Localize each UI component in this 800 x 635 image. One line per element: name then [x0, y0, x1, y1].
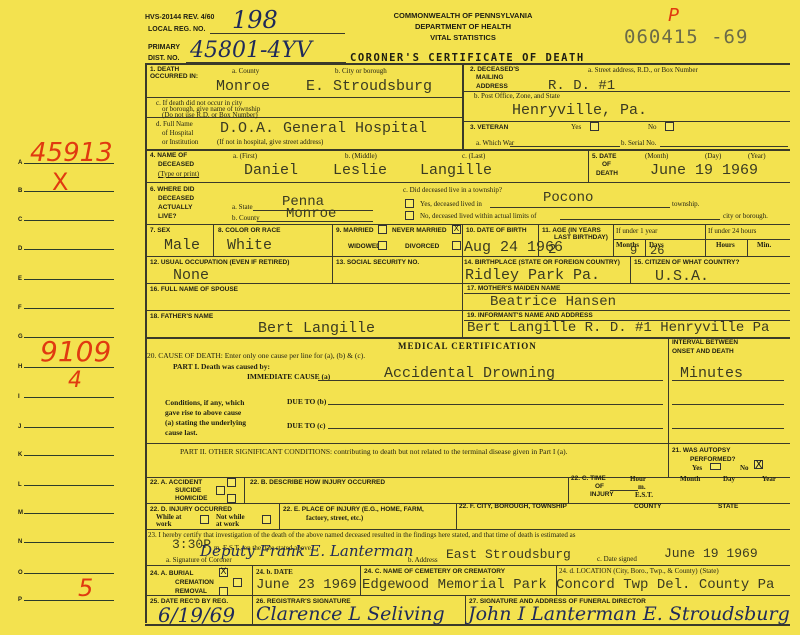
dist-value: 45801-4YV — [190, 38, 312, 63]
middle-name-label: b. (Middle) — [345, 152, 377, 160]
city-label: b. City or borough — [335, 67, 387, 75]
father-label: 18. FATHER'S NAME — [150, 313, 213, 320]
part-1-label: PART I. Death was caused by: — [173, 362, 270, 371]
veteran-no-label: No — [648, 123, 657, 131]
interval-b-line[interactable] — [672, 404, 784, 405]
residence-label-3: ACTUALLY — [158, 204, 192, 211]
never-married-checkbox[interactable]: X — [452, 225, 461, 234]
hours-label: Hours — [716, 241, 735, 249]
margin-letter-i: I — [18, 394, 20, 400]
dod-label-3: DEATH — [596, 170, 618, 177]
margin-letter-j: J — [18, 424, 21, 430]
hospital-note: (If not in hospital, give street address… — [217, 138, 323, 146]
days-value[interactable]: 26 — [650, 244, 664, 258]
not-while-at-work-label: Not while at work — [216, 514, 250, 528]
township-no-checkbox[interactable] — [405, 211, 414, 220]
injury-hour-label: Hour — [630, 475, 646, 483]
margin-letter-e: E — [18, 276, 22, 282]
medical-title: MEDICAL CERTIFICATION — [398, 341, 537, 351]
while-at-work-checkbox[interactable] — [200, 515, 209, 524]
field-2-label-2: MAILING — [476, 74, 503, 81]
residence-county-label: b. County — [232, 214, 260, 222]
not-while-at-work-checkbox[interactable] — [262, 515, 271, 524]
dod-day-label: (Day) — [705, 152, 721, 160]
under-24-label: If under 24 hours — [708, 227, 756, 235]
ssn-label: 13. SOCIAL SECURITY NO. — [336, 259, 419, 266]
margin-letter-c: C — [18, 217, 22, 223]
coroner-signature: Deputy Frank E. Lanterman — [200, 542, 413, 560]
margin-line-o — [24, 573, 114, 574]
conditions-label-1: Conditions, if any, which — [165, 398, 244, 407]
accident-label: 22. a. ACCIDENT — [150, 479, 202, 486]
due-to-b-line[interactable] — [328, 404, 663, 405]
occupation-label: 12. USUAL OCCUPATION (even if retired) — [150, 259, 289, 266]
informant-value[interactable]: Bert Langille R. D. #1 Henryville Pa — [467, 320, 769, 336]
margin-line-c — [24, 220, 114, 221]
margin-line-b — [24, 191, 114, 192]
injury-month-label: Month — [680, 475, 700, 483]
which-war-line[interactable] — [510, 146, 620, 147]
first-name-label: a. (First) — [233, 152, 257, 160]
post-office-label: b. Post Office, Zone, and State — [474, 92, 560, 100]
city-borough-suffix: city or borough. — [723, 212, 768, 220]
margin-line-d — [24, 249, 114, 250]
margin-line-m — [24, 513, 114, 514]
agency-line-1: COMMONWEALTH OF PENNSYLVANIA — [388, 12, 538, 21]
informant-label: 19. INFORMANT'S NAME AND ADDRESS — [467, 312, 593, 319]
residence-state-label: a. State — [232, 203, 253, 211]
cremation-label: CREMATION — [175, 579, 214, 586]
age-value[interactable]: 2 — [548, 242, 556, 258]
serial-label: b. Serial No. — [621, 139, 656, 147]
injury-m-label: m. — [638, 483, 646, 491]
funeral-director-signature: John I Lanterman E. Stroudsburg — [468, 603, 790, 625]
margin-letter-p: P — [18, 597, 22, 603]
field-2-label-1: 2. DECEASED'S — [470, 66, 519, 73]
spouse-label: 16. FULL NAME OF SPOUSE — [150, 286, 238, 293]
dist-label: DIST. NO. — [148, 55, 180, 63]
cemetery-state-label: (State) — [700, 567, 719, 575]
burial-label: 24. a. BURIAL — [150, 570, 193, 577]
post-office-value[interactable]: Henryville, Pa. — [512, 102, 647, 119]
cemetery-value[interactable]: Edgewood Memorial Park — [362, 577, 547, 593]
dod-month-label: (Month) — [645, 152, 668, 160]
autopsy-label-1: 21. WAS AUTOPSY — [672, 447, 731, 454]
margin-note-p: 5 — [78, 574, 93, 602]
race-label: 8. COLOR OR RACE — [218, 227, 280, 234]
township-yes-label: Yes, deceased lived in — [420, 200, 482, 208]
certificate-number: 060415 -69 — [624, 26, 748, 48]
under-year-label: If under 1 year — [616, 227, 657, 235]
suicide-checkbox[interactable] — [216, 486, 225, 495]
never-married-label: NEVER MARRIED — [392, 227, 447, 234]
margin-letter-k: K — [18, 452, 22, 458]
hospital-label-2: of Hospital — [162, 129, 193, 137]
margin-line-f — [24, 308, 114, 309]
divorced-checkbox[interactable] — [452, 241, 461, 250]
certificate-mark: P — [668, 5, 679, 26]
margin-note-i: 4 — [68, 368, 82, 393]
birthplace-value[interactable]: Ridley Park Pa. — [465, 267, 600, 284]
veteran-label: 3. VETERAN — [470, 124, 508, 131]
first-name-value[interactable]: Daniel — [244, 162, 298, 179]
place-of-injury-label-1: 22. e. PLACE OF INJURY (e.g., home, farm… — [283, 506, 424, 513]
divorced-label: DIVORCED — [405, 243, 439, 250]
death-city-value[interactable]: E. Stroudsburg — [306, 78, 432, 95]
due-to-c-line[interactable] — [328, 428, 663, 429]
margin-letter-a: A — [18, 160, 22, 166]
injury-state-label: STATE — [718, 503, 738, 510]
conditions-label-4: cause last. — [165, 428, 198, 437]
primary-label: PRIMARY — [148, 44, 180, 52]
death-county-value[interactable]: Monroe — [216, 78, 270, 95]
registrar-signature: Clarence L Seliving — [256, 603, 445, 625]
certify-statement: 23. I hereby certify that investigation … — [148, 531, 575, 539]
disposition-date-value[interactable]: June 23 1969 — [256, 577, 357, 593]
interval-label-1: INTERVAL BETWEEN — [672, 339, 738, 346]
margin-line-n — [24, 542, 114, 543]
time-of-injury-label-2: OF — [595, 483, 604, 490]
margin-note-h: 9109 — [40, 335, 111, 368]
race-value[interactable]: White — [227, 237, 272, 254]
name-label-1: 4. NAME OF — [150, 152, 187, 159]
injury-description-label: 22. b. DESCRIBE HOW INJURY OCCURRED — [250, 479, 385, 486]
injury-year-label: Year — [762, 475, 776, 483]
margin-line-e — [24, 279, 114, 280]
autopsy-yes-label: Yes — [692, 464, 702, 472]
dod-label-2: OF — [602, 161, 611, 168]
date-signed-value[interactable]: June 19 1969 — [664, 546, 758, 561]
while-at-work-label: While at work — [156, 514, 186, 528]
conditions-label-2: gave rise to above cause — [165, 408, 241, 417]
time-of-injury-label-1: 22. c. TIME — [571, 475, 606, 482]
cause-label: 20. CAUSE OF DEATH: Enter only one cause… — [147, 351, 365, 360]
margin-line-p — [24, 600, 114, 601]
margin-letter-n: N — [18, 539, 22, 545]
margin-line-j — [24, 427, 114, 428]
field-1-label: 1. DEATH OCCURRED IN: — [150, 66, 205, 81]
citizenship-label: 15. CITIZEN OF WHAT COUNTRY? — [634, 259, 739, 266]
dob-label: 10. DATE OF BIRTH — [466, 227, 527, 234]
injury-hour-line[interactable] — [610, 490, 638, 491]
conditions-label-3: (a) stating the underlying — [165, 418, 246, 427]
injury-est-label: E.S.T. — [635, 491, 653, 499]
margin-letter-l: L — [18, 482, 22, 488]
date-received-value: 6/19/69 — [158, 603, 235, 627]
cemetery-location-value[interactable]: Concord Twp Del. County Pa — [556, 577, 774, 593]
margin-letter-f: F — [18, 305, 22, 311]
last-name-label: c. (Last) — [462, 152, 485, 160]
serial-line[interactable] — [660, 146, 788, 147]
margin-letter-h: H — [18, 364, 22, 370]
mother-value[interactable]: Beatrice Hansen — [490, 294, 616, 310]
margin-note-b: X — [52, 168, 68, 196]
due-to-c-label: DUE TO (c) — [287, 421, 325, 430]
township-yes-checkbox[interactable] — [405, 199, 414, 208]
margin-line-l — [24, 485, 114, 486]
veteran-yes-checkbox[interactable] — [590, 122, 599, 131]
removal-label: REMOVAL — [175, 588, 207, 595]
veteran-no-checkbox[interactable] — [665, 122, 674, 131]
cemetery-location-label: 24. d. LOCATION (City, Boro., Twp., & Co… — [559, 567, 698, 575]
cemetery-label: 24. c. NAME OF CEMETERY OR CREMATORY — [364, 568, 505, 575]
margin-note-a: 45913 — [30, 138, 113, 168]
mother-label: 17. MOTHER'S MAIDEN NAME — [467, 285, 560, 292]
dod-label-1: 5. DATE — [592, 153, 616, 160]
immediate-cause-value[interactable]: Accidental Drowning — [384, 365, 555, 382]
homicide-checkbox[interactable] — [227, 494, 236, 503]
residence-county-value[interactable]: Monroe — [286, 206, 336, 222]
residence-label-2: DECEASED — [158, 195, 194, 202]
birthplace-label: 14. BIRTHPLACE (State or foreign country… — [464, 259, 620, 266]
interval-c-line[interactable] — [672, 428, 784, 429]
widowed-label: WIDOWED — [348, 243, 381, 250]
burial-checkbox[interactable]: X — [219, 568, 228, 577]
due-to-b-label: DUE TO (b) — [287, 397, 326, 406]
township-question: c. Did deceased live in a township? — [403, 186, 502, 194]
date-signed-label: c. Date signed — [597, 555, 637, 563]
place-of-injury-label-2: factory, street, etc.) — [306, 514, 363, 522]
autopsy-no-checkbox[interactable]: X — [754, 460, 763, 469]
married-checkbox[interactable] — [378, 225, 387, 234]
veteran-yes-label: Yes — [571, 123, 581, 131]
township-label-3: (Do not use R.D. or Box Number) — [162, 111, 258, 119]
street-label: a. Street address, R.D., or Box Number — [588, 66, 698, 74]
injury-day-label: Day — [723, 475, 735, 483]
form-number: HVS-20144 REV. 4/60 — [145, 14, 214, 22]
margin-letter-d: D — [18, 246, 22, 252]
last-name-value[interactable]: Langille — [420, 162, 492, 179]
township-suffix: township. — [672, 200, 699, 208]
margin-letter-g: G — [18, 334, 23, 340]
autopsy-no-label: No — [740, 464, 749, 472]
sex-value[interactable]: Male — [164, 237, 200, 254]
injury-county-label: COUNTY — [634, 503, 661, 510]
autopsy-yes-checkbox[interactable] — [710, 463, 721, 470]
dod-value[interactable]: June 19 1969 — [650, 162, 758, 179]
dod-year-label: (Year) — [748, 152, 766, 160]
cremation-checkbox[interactable] — [233, 578, 242, 587]
margin-letter-b: B — [18, 188, 22, 194]
margin-line-i — [24, 397, 114, 398]
residence-label-4: LIVE? — [158, 213, 176, 220]
father-value[interactable]: Bert Langille — [258, 320, 375, 337]
months-value[interactable]: 9 — [630, 244, 637, 258]
homicide-label: HOMICIDE — [175, 495, 208, 502]
local-reg-label: LOCAL REG. NO. — [148, 26, 205, 34]
age-label-2: last birthday) — [554, 234, 608, 241]
part-2-label: PART II. OTHER SIGNIFICANT CONDITIONS: c… — [180, 447, 567, 456]
township-no-label: No, deceased lived within actual limits … — [420, 212, 536, 220]
which-war-label: a. Which War — [476, 139, 514, 147]
hospital-label-3: or Institution — [162, 138, 198, 146]
coroner-address-value[interactable]: East Stroudsburg — [446, 547, 571, 562]
citizenship-value[interactable]: U.S.A. — [655, 268, 709, 285]
field-2-label-3: ADDRESS — [476, 83, 508, 90]
agency-line-2: DEPARTMENT OF HEALTH — [388, 23, 538, 32]
agency-line-3: VITAL STATISTICS — [388, 34, 538, 43]
township-value[interactable]: Pocono — [543, 190, 593, 206]
hospital-value[interactable]: D.O.A. General Hospital — [220, 120, 427, 137]
suicide-label: SUICIDE — [175, 487, 201, 494]
name-label-3: (Type or print) — [158, 170, 199, 178]
accident-checkbox[interactable] — [227, 478, 236, 487]
occupation-value[interactable]: None — [173, 267, 209, 284]
sex-label: 7. SEX — [150, 227, 170, 234]
married-label: 9. MARRIED — [336, 227, 374, 234]
residence-label-1: 6. WHERE DID — [150, 186, 194, 193]
margin-letter-o: O — [18, 570, 23, 576]
margin-letter-m: M — [18, 510, 23, 516]
county-label: a. County — [232, 67, 259, 75]
margin-line-k — [24, 455, 114, 456]
disposition-date-label: 24. b. DATE — [256, 568, 293, 576]
coroner-address-label: b. Address — [408, 556, 438, 564]
minutes-label: Min. — [757, 241, 771, 249]
time-of-injury-label-3: INJURY — [590, 491, 614, 498]
middle-name-value[interactable]: Leslie — [333, 162, 387, 179]
removal-checkbox[interactable] — [219, 587, 228, 596]
interval-a-value[interactable]: Minutes — [680, 365, 743, 382]
injury-city-label: 22. f. CITY, BOROUGH, TOWNSHIP — [459, 503, 567, 510]
name-label-2: DECEASED — [158, 161, 194, 168]
widowed-checkbox[interactable] — [378, 241, 387, 250]
hospital-label-1: d. Full Name — [156, 120, 193, 128]
interval-label-2: ONSET AND DEATH — [672, 348, 734, 355]
local-reg-value: 198 — [232, 6, 278, 34]
